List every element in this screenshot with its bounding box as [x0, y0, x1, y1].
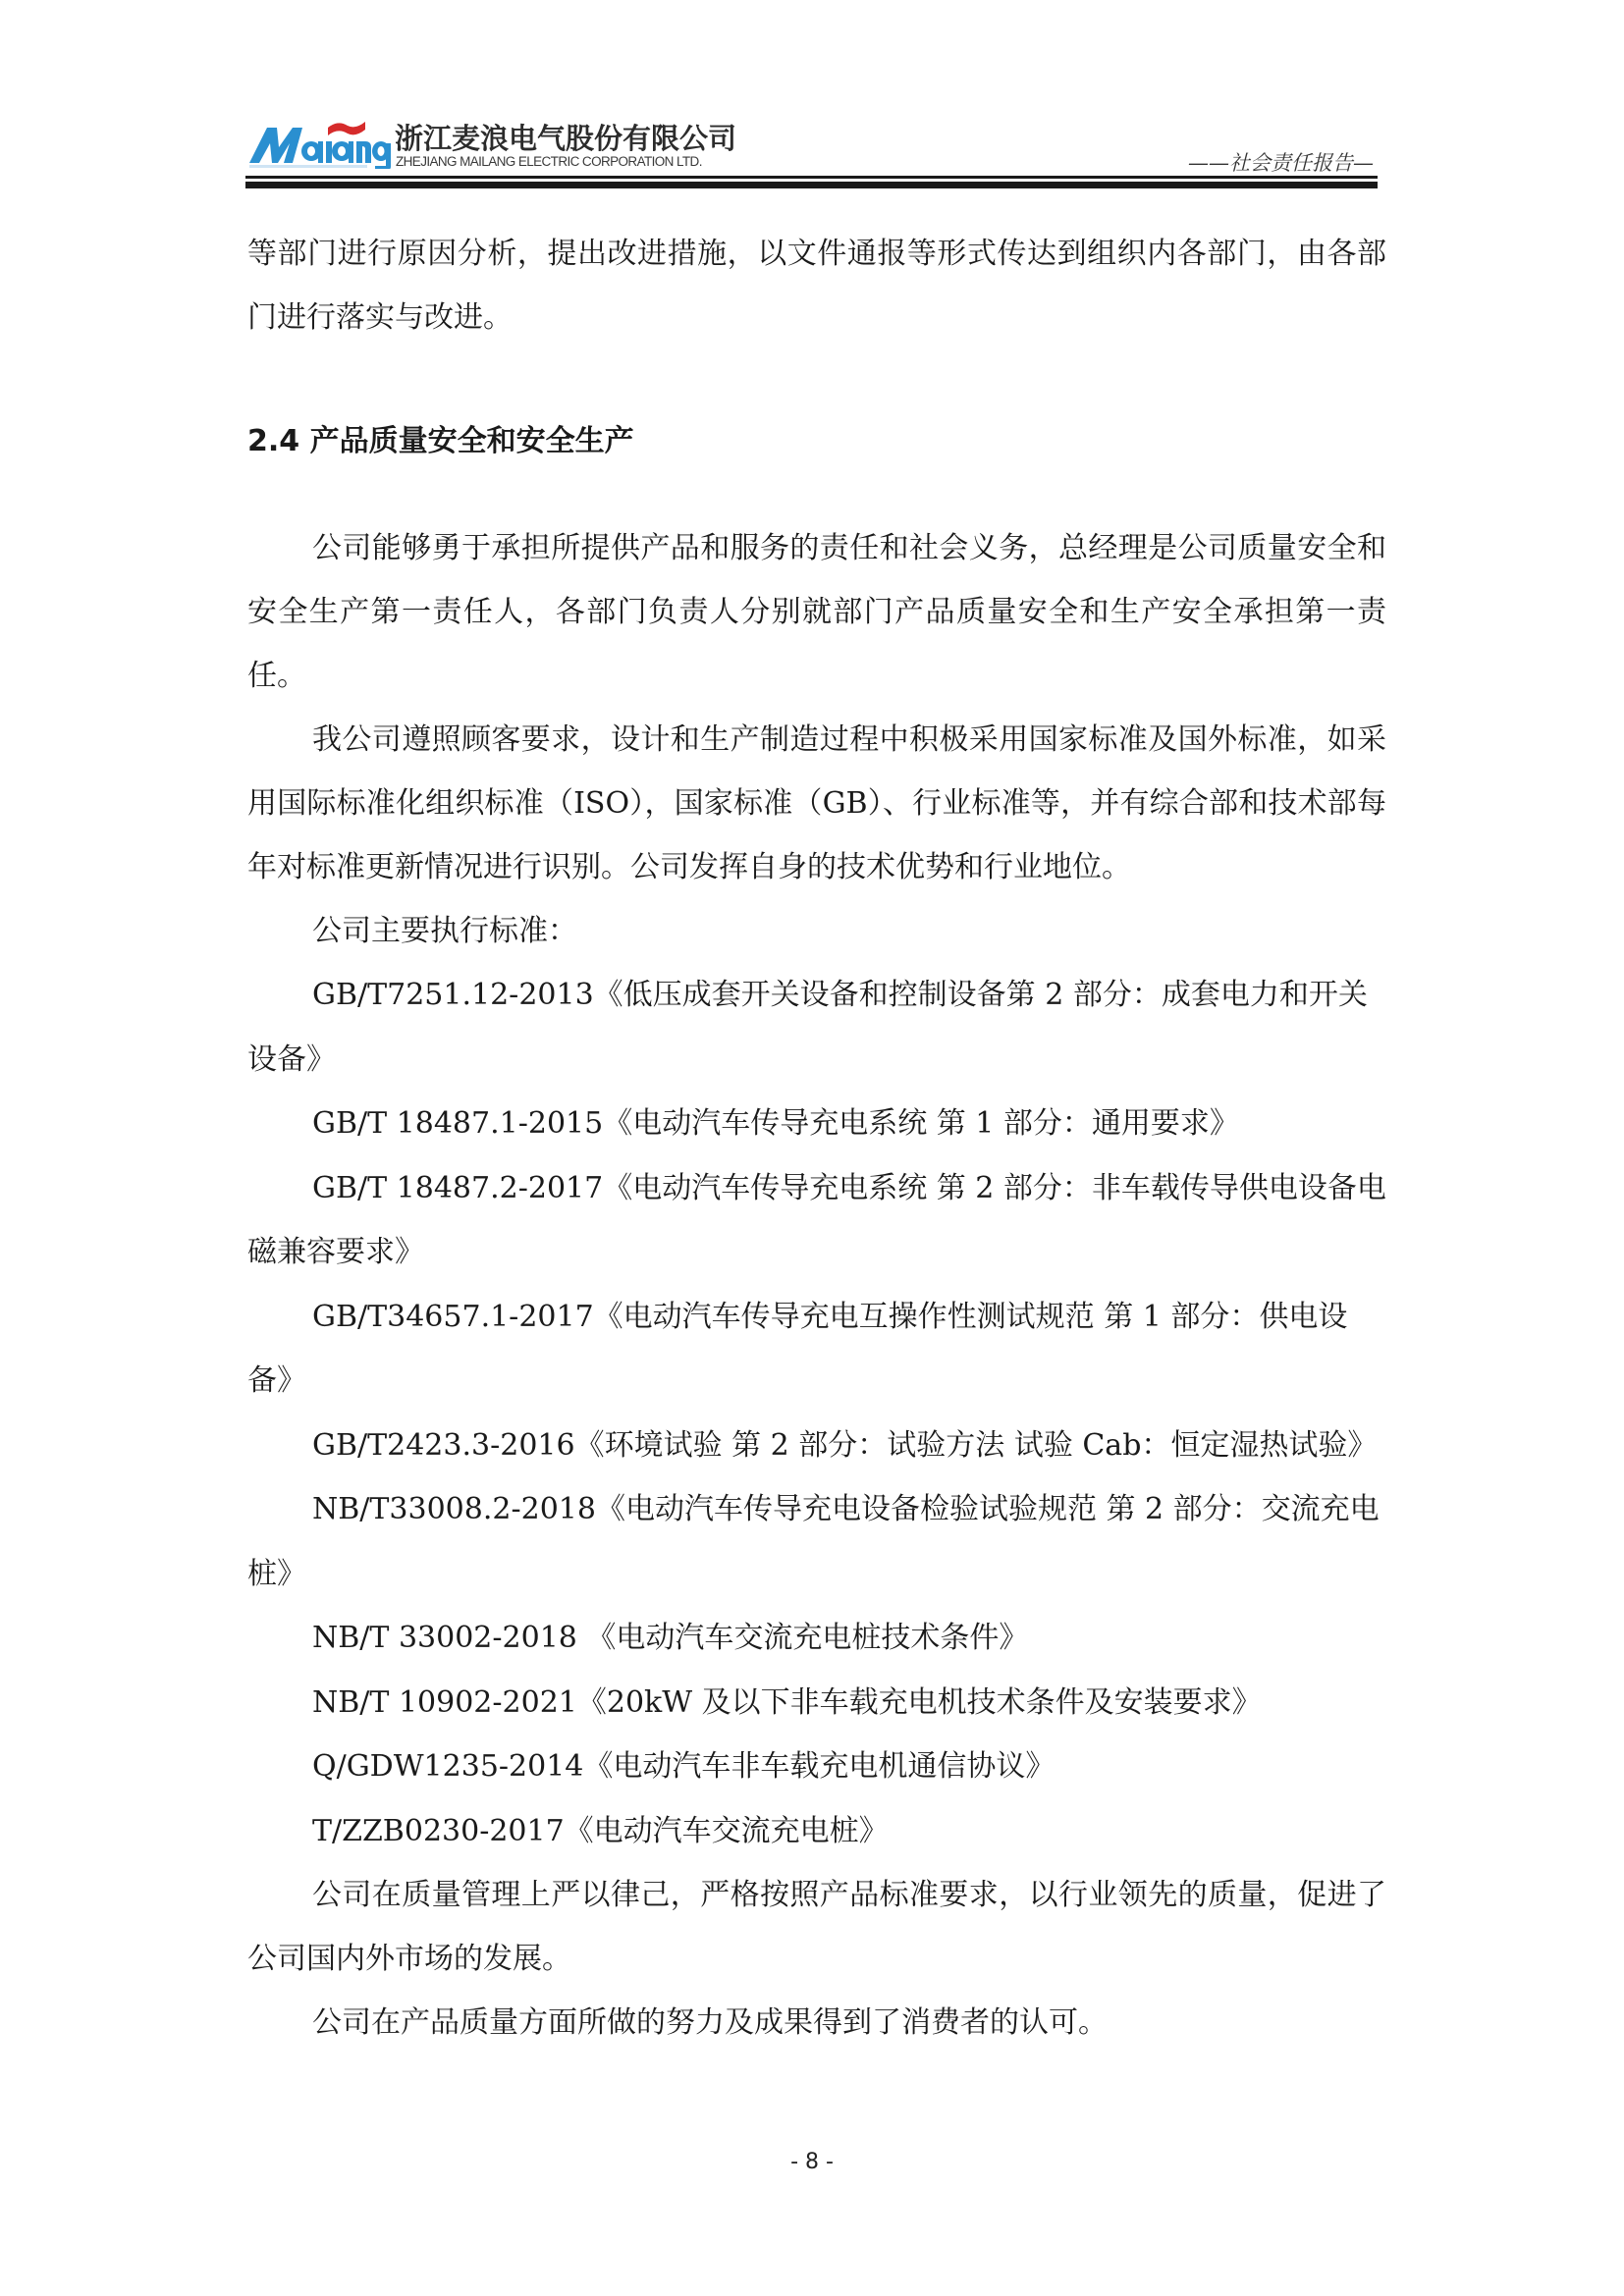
intro-block: 等部门进行原因分析，提出改进措施，以文件通报等形式传达到组织内各部门，由各部门进… [247, 222, 1386, 349]
standards-list: GB/T7251.12-2013《低压成套开关设备和控制设备第 2 部分：成套电… [247, 963, 1386, 1863]
standard-item: Q/GDW1235-2014《电动汽车非车载充电机通信协议》 [247, 1735, 1386, 1799]
standard-item: GB/T34657.1-2017《电动汽车传导充电互操作性测试规范 第 1 部分… [247, 1285, 1386, 1414]
standard-item: T/ZZB0230-2017《电动汽车交流充电桩》 [247, 1799, 1386, 1864]
standard-item: GB/T 18487.1-2015《电动汽车传导充电系统 第 1 部分：通用要求… [247, 1092, 1386, 1156]
continued-paragraph: 等部门进行原因分析，提出改进措施，以文件通报等形式传达到组织内各部门，由各部门进… [247, 222, 1386, 349]
paragraph-standards-adoption: 我公司遵照顾客要求，设计和生产制造过程中积极采用国家标准及国外标准，如采用国际标… [247, 708, 1386, 899]
paragraph-quality-management: 公司在质量管理上严以律己，严格按照产品标准要求，以行业领先的质量，促进了公司国内… [247, 1863, 1386, 1991]
paragraph-recognition: 公司在产品质量方面所做的努力及成果得到了消费者的认可。 [247, 1991, 1386, 2055]
company-logo-icon [245, 114, 391, 169]
page-header: 浙江麦浪电气股份有限公司 ZHEJIANG MAILANG ELECTRIC C… [245, 108, 1380, 196]
section-heading: 2.4 产品质量安全和安全生产 [247, 416, 634, 459]
header-rule-thick [245, 182, 1378, 188]
standard-item: NB/T 10902-2021《20kW 及以下非车载充电机技术条件及安装要求》 [247, 1671, 1386, 1735]
section-body: 公司能够勇于承担所提供产品和服务的责任和社会义务，总经理是公司质量安全和安全生产… [247, 516, 1386, 2055]
page-number: - 8 - [0, 2150, 1624, 2174]
standard-item: NB/T 33002-2018 《电动汽车交流充电桩技术条件》 [247, 1606, 1386, 1671]
standard-item: GB/T7251.12-2013《低压成套开关设备和控制设备第 2 部分：成套电… [247, 963, 1386, 1092]
section-title: 产品质量安全和安全生产 [310, 424, 634, 458]
report-label: ——社会责任报告— [1188, 147, 1374, 177]
header-rule-thin [245, 176, 1378, 179]
paragraph-responsibility: 公司能够勇于承担所提供产品和服务的责任和社会义务，总经理是公司质量安全和安全生产… [247, 516, 1386, 708]
standard-item: GB/T2423.3-2016《环境试验 第 2 部分：试验方法 试验 Cab：… [247, 1414, 1386, 1478]
section-number: 2.4 [247, 424, 299, 458]
company-name-en: ZHEJIANG MAILANG ELECTRIC CORPORATION LT… [396, 154, 702, 169]
company-name-cn: 浙江麦浪电气股份有限公司 [395, 117, 736, 157]
standard-item: GB/T 18487.2-2017《电动汽车传导充电系统 第 2 部分：非车载传… [247, 1156, 1386, 1285]
standard-item: NB/T33008.2-2018《电动汽车传导充电设备检验试验规范 第 2 部分… [247, 1477, 1386, 1606]
paragraph-standards-intro: 公司主要执行标准： [247, 899, 1386, 963]
